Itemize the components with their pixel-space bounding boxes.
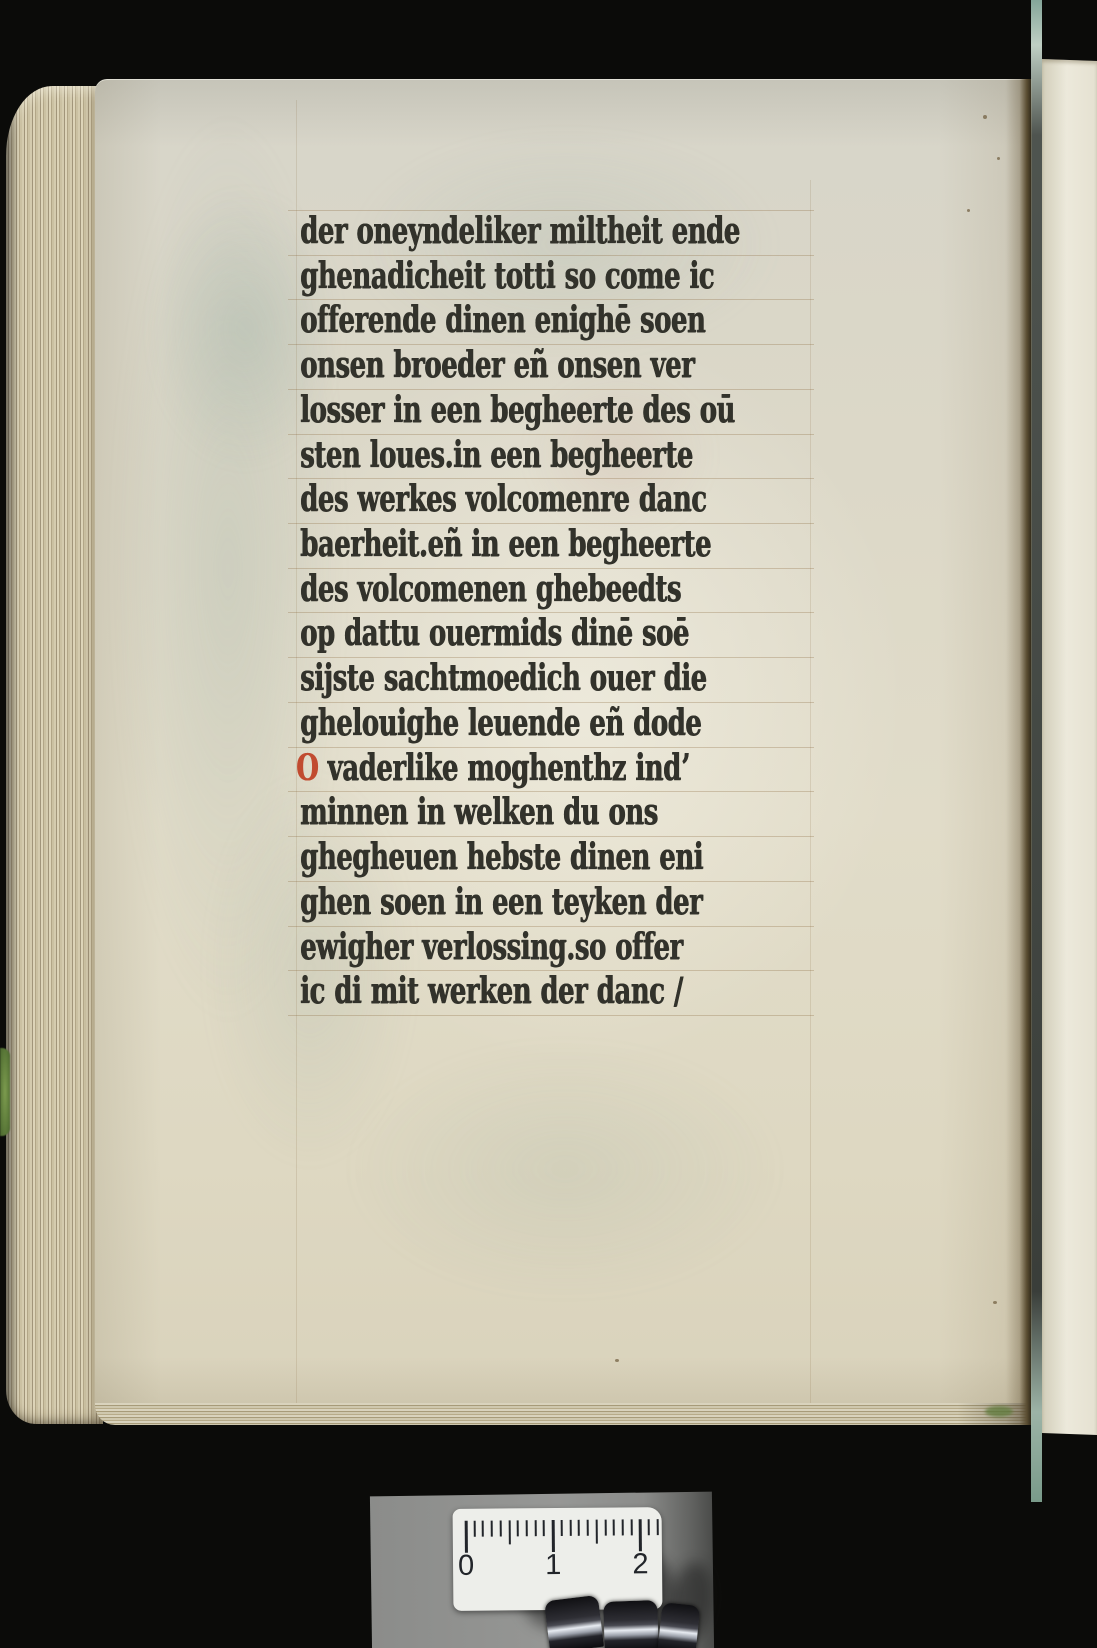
dirt-speck (993, 1301, 997, 1304)
manuscript-text-line: ghen soen in een teyken der (300, 882, 702, 922)
ruler-label-1: 1 (545, 1550, 561, 1580)
ruler-tick-mm (491, 1521, 493, 1537)
ruler-tick-mm (569, 1520, 571, 1536)
ruler-tick-mm (613, 1519, 615, 1535)
ruler: 012 (453, 1507, 663, 1611)
ruler-tick-mm (534, 1520, 536, 1536)
manuscript-text-line: der oneyndeliker miltheit ende (300, 211, 740, 251)
manuscript-text-line: des werkes volcomenre danc (300, 479, 706, 519)
manuscript-text-line: onsen broeder eñ onsen ver (300, 345, 694, 385)
ruler-tick-mm (622, 1519, 624, 1535)
ruler-tick-cm (552, 1520, 555, 1552)
book-gutter-shadow (1006, 79, 1032, 1425)
manuscript-text-line: losser in een begheerte des oū (300, 390, 735, 430)
manuscript-text-line: ewigher verlossing.so offer (300, 927, 683, 967)
photo-backdrop: der oneyndeliker miltheit endeghenadiche… (0, 0, 1097, 1648)
binder-clip-tab (658, 1602, 701, 1648)
binder-clip-tab (603, 1600, 659, 1648)
book-bottom-edge (95, 1403, 1032, 1425)
ruler-tick-mm (656, 1519, 658, 1535)
binder-clip-tab (544, 1595, 604, 1648)
dirt-speck (615, 1359, 619, 1362)
manuscript-text-line: des volcomenen ghebeedts (300, 569, 681, 609)
showthrough-decoration (345, 1039, 785, 1299)
ruler-tick-mm (473, 1521, 475, 1537)
ruler-tick-cm (639, 1519, 642, 1551)
manuscript-text-line: minnen in welken du ons (300, 792, 658, 832)
dirt-speck (967, 209, 970, 212)
manuscript-text-line: sijste sachtmoedich ouer die (300, 658, 707, 698)
ruler-label-2: 2 (632, 1549, 648, 1579)
ruler-tick-mm (604, 1520, 606, 1536)
ruler-tick-mm (648, 1519, 650, 1535)
manuscript-text-line: baerheit.eñ in een begheerte (300, 524, 711, 564)
green-fiber-spot-small (985, 1406, 1013, 1417)
ruler-tick-half-cm (595, 1520, 597, 1544)
green-fiber-spot (0, 1048, 10, 1136)
ruler-tick-mm (517, 1520, 519, 1536)
ruler-tick-half-cm (508, 1520, 510, 1544)
ruler-tick-cm (465, 1521, 468, 1553)
ruler-label-0: 0 (458, 1551, 474, 1581)
dirt-speck (997, 157, 1000, 160)
ruling-horizontal-line (288, 1015, 814, 1016)
manuscript-text-line: ghelouighe leuende eñ dode (300, 703, 701, 743)
ruler-tick-mm (543, 1520, 545, 1536)
ruler-tick-mm (561, 1520, 563, 1536)
ruler-tick-mm (482, 1521, 484, 1537)
dirt-speck (983, 115, 987, 119)
ruler-tick-mm (578, 1520, 580, 1536)
book-page-stack-fore-edge (6, 86, 103, 1424)
ruler-tick-mm (630, 1519, 632, 1535)
manuscript-text-line: ghegheuen hebste dinen eni (300, 837, 703, 877)
glass-plate-edge (1031, 0, 1042, 1502)
manuscript-text-line: O vaderlike moghenthz indʼ (296, 748, 689, 788)
manuscript-text-line: ghenadicheit totti so come ic (300, 256, 714, 296)
manuscript-text-line: ic di mit werken der danc / (300, 971, 683, 1011)
ruler-tick-mm (500, 1520, 502, 1536)
facing-page-edge (1042, 59, 1097, 1435)
manuscript-text-line: offerende dinen enighē soen (300, 300, 705, 340)
rubric-initial: O (296, 747, 318, 789)
ruler-tick-mm (587, 1520, 589, 1536)
ruler-tick-mm (526, 1520, 528, 1536)
manuscript-text-line: op dattu ouermids dinē soē (300, 613, 689, 653)
ruling-vertical-right (810, 180, 811, 1410)
manuscript-text-line: sten loues.in een begheerte (300, 435, 693, 475)
